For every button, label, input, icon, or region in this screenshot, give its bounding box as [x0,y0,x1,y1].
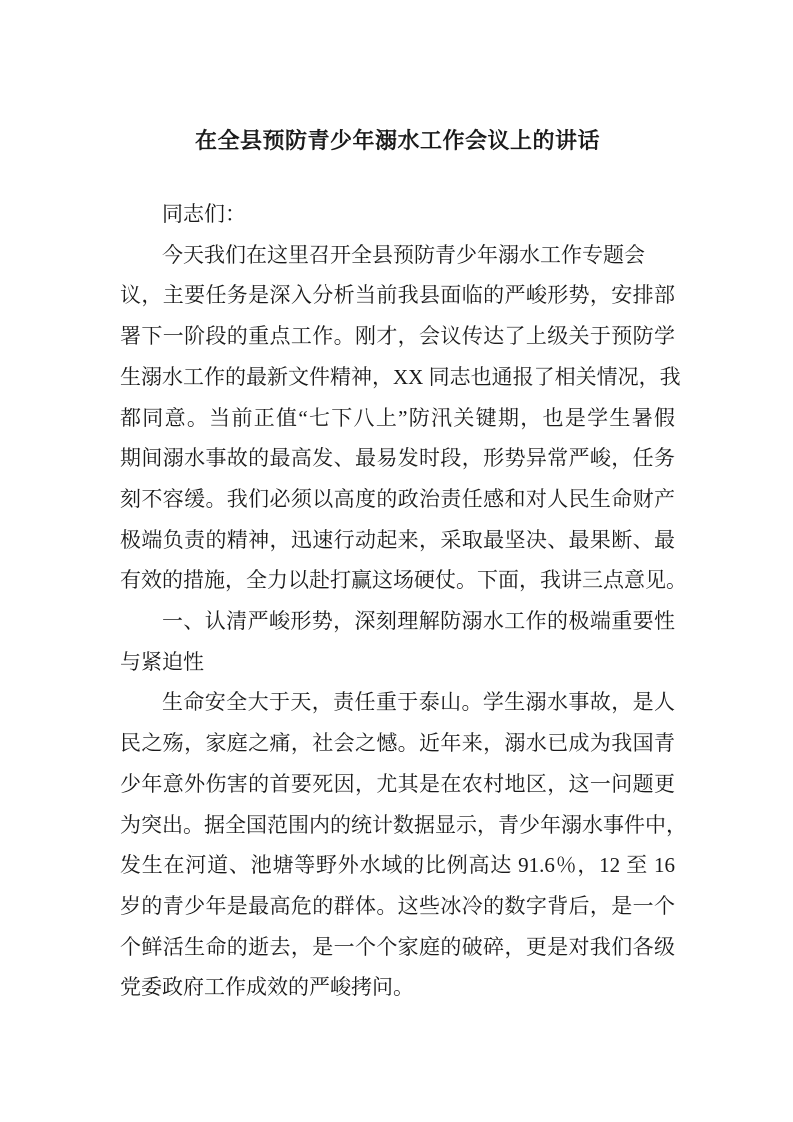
document-page: 在全县预防青少年溺水工作会议上的讲话 同志们：今天我们在这里召开全县预防青少年溺… [0,0,793,1122]
text-line: 同志们： [120,194,675,235]
text-line: 生命安全大于天，责任重于泰山。学生溺水事故，是人 [120,682,675,723]
text-line: 党委政府工作成效的严峻拷问。 [120,967,675,1008]
document-content: 在全县预防青少年溺水工作会议上的讲话 同志们：今天我们在这里召开全县预防青少年溺… [0,0,793,1008]
paragraph-heading: 一、认清严峻形势，深刻理解防溺水工作的极端重要性与紧迫性 [120,601,675,682]
text-line: 今天我们在这里召开全县预防青少年溺水工作专题会 [120,235,675,276]
text-line: 生溺水工作的最新文件精神，XX 同志也通报了相关情况，我 [120,357,675,398]
text-line: 议，主要任务是深入分析当前我县面临的严峻形势，安排部 [120,275,675,316]
text-line: 少年意外伤害的首要死因，尤其是在农村地区，这一问题更 [120,764,675,805]
document-body: 同志们：今天我们在这里召开全县预防青少年溺水工作专题会议，主要任务是深入分析当前… [120,194,675,1008]
text-line: 有效的措施，全力以赴打赢这场硬仗。下面，我讲三点意见。 [120,560,675,601]
text-line: 发生在河道、池塘等野外水域的比例高达 91.6％，12 至 16 [120,845,675,886]
text-line: 刻不容缓。我们必须以高度的政治责任感和对人民生命财产 [120,479,675,520]
text-line: 期间溺水事故的最高发、最易发时段，形势异常严峻，任务 [120,438,675,479]
paragraph-body: 今天我们在这里召开全县预防青少年溺水工作专题会议，主要任务是深入分析当前我县面临… [120,235,675,601]
text-line: 个鲜活生命的逝去，是一个个家庭的破碎，更是对我们各级 [120,927,675,968]
text-line: 民之殇，家庭之痛，社会之憾。近年来，溺水已成为我国青 [120,723,675,764]
text-line: 极端负责的精神，迅速行动起来，采取最坚决、最果断、最 [120,520,675,561]
text-line: 与紧迫性 [120,642,675,683]
text-line: 岁的青少年是最高危的群体。这些冰冷的数字背后，是一个 [120,886,675,927]
paragraph-body: 生命安全大于天，责任重于泰山。学生溺水事故，是人民之殇，家庭之痛，社会之憾。近年… [120,682,675,1008]
text-line: 都同意。当前正值“七下八上”防汛关键期，也是学生暑假 [120,398,675,439]
text-line: 为突出。据全国范围内的统计数据显示，青少年溺水事件中， [120,805,675,846]
text-line: 署下一阶段的重点工作。刚才，会议传达了上级关于预防学 [120,316,675,357]
paragraph-salutation: 同志们： [120,194,675,235]
text-line: 一、认清严峻形势，深刻理解防溺水工作的极端重要性 [120,601,675,642]
document-title: 在全县预防青少年溺水工作会议上的讲话 [120,124,675,158]
